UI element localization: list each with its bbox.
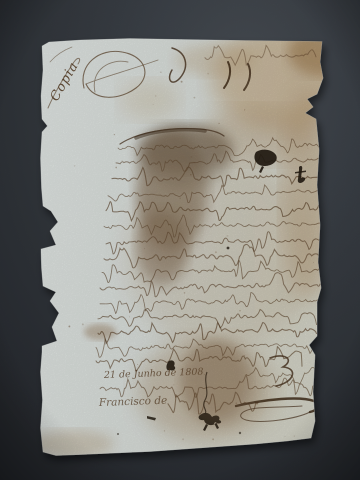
manuscript-photo: Copia 21 de Junho de 1808 Francisco de xyxy=(0,0,360,480)
photo-grain xyxy=(0,0,360,480)
photo-stage: Copia 21 de Junho de 1808 Francisco de xyxy=(0,0,360,480)
